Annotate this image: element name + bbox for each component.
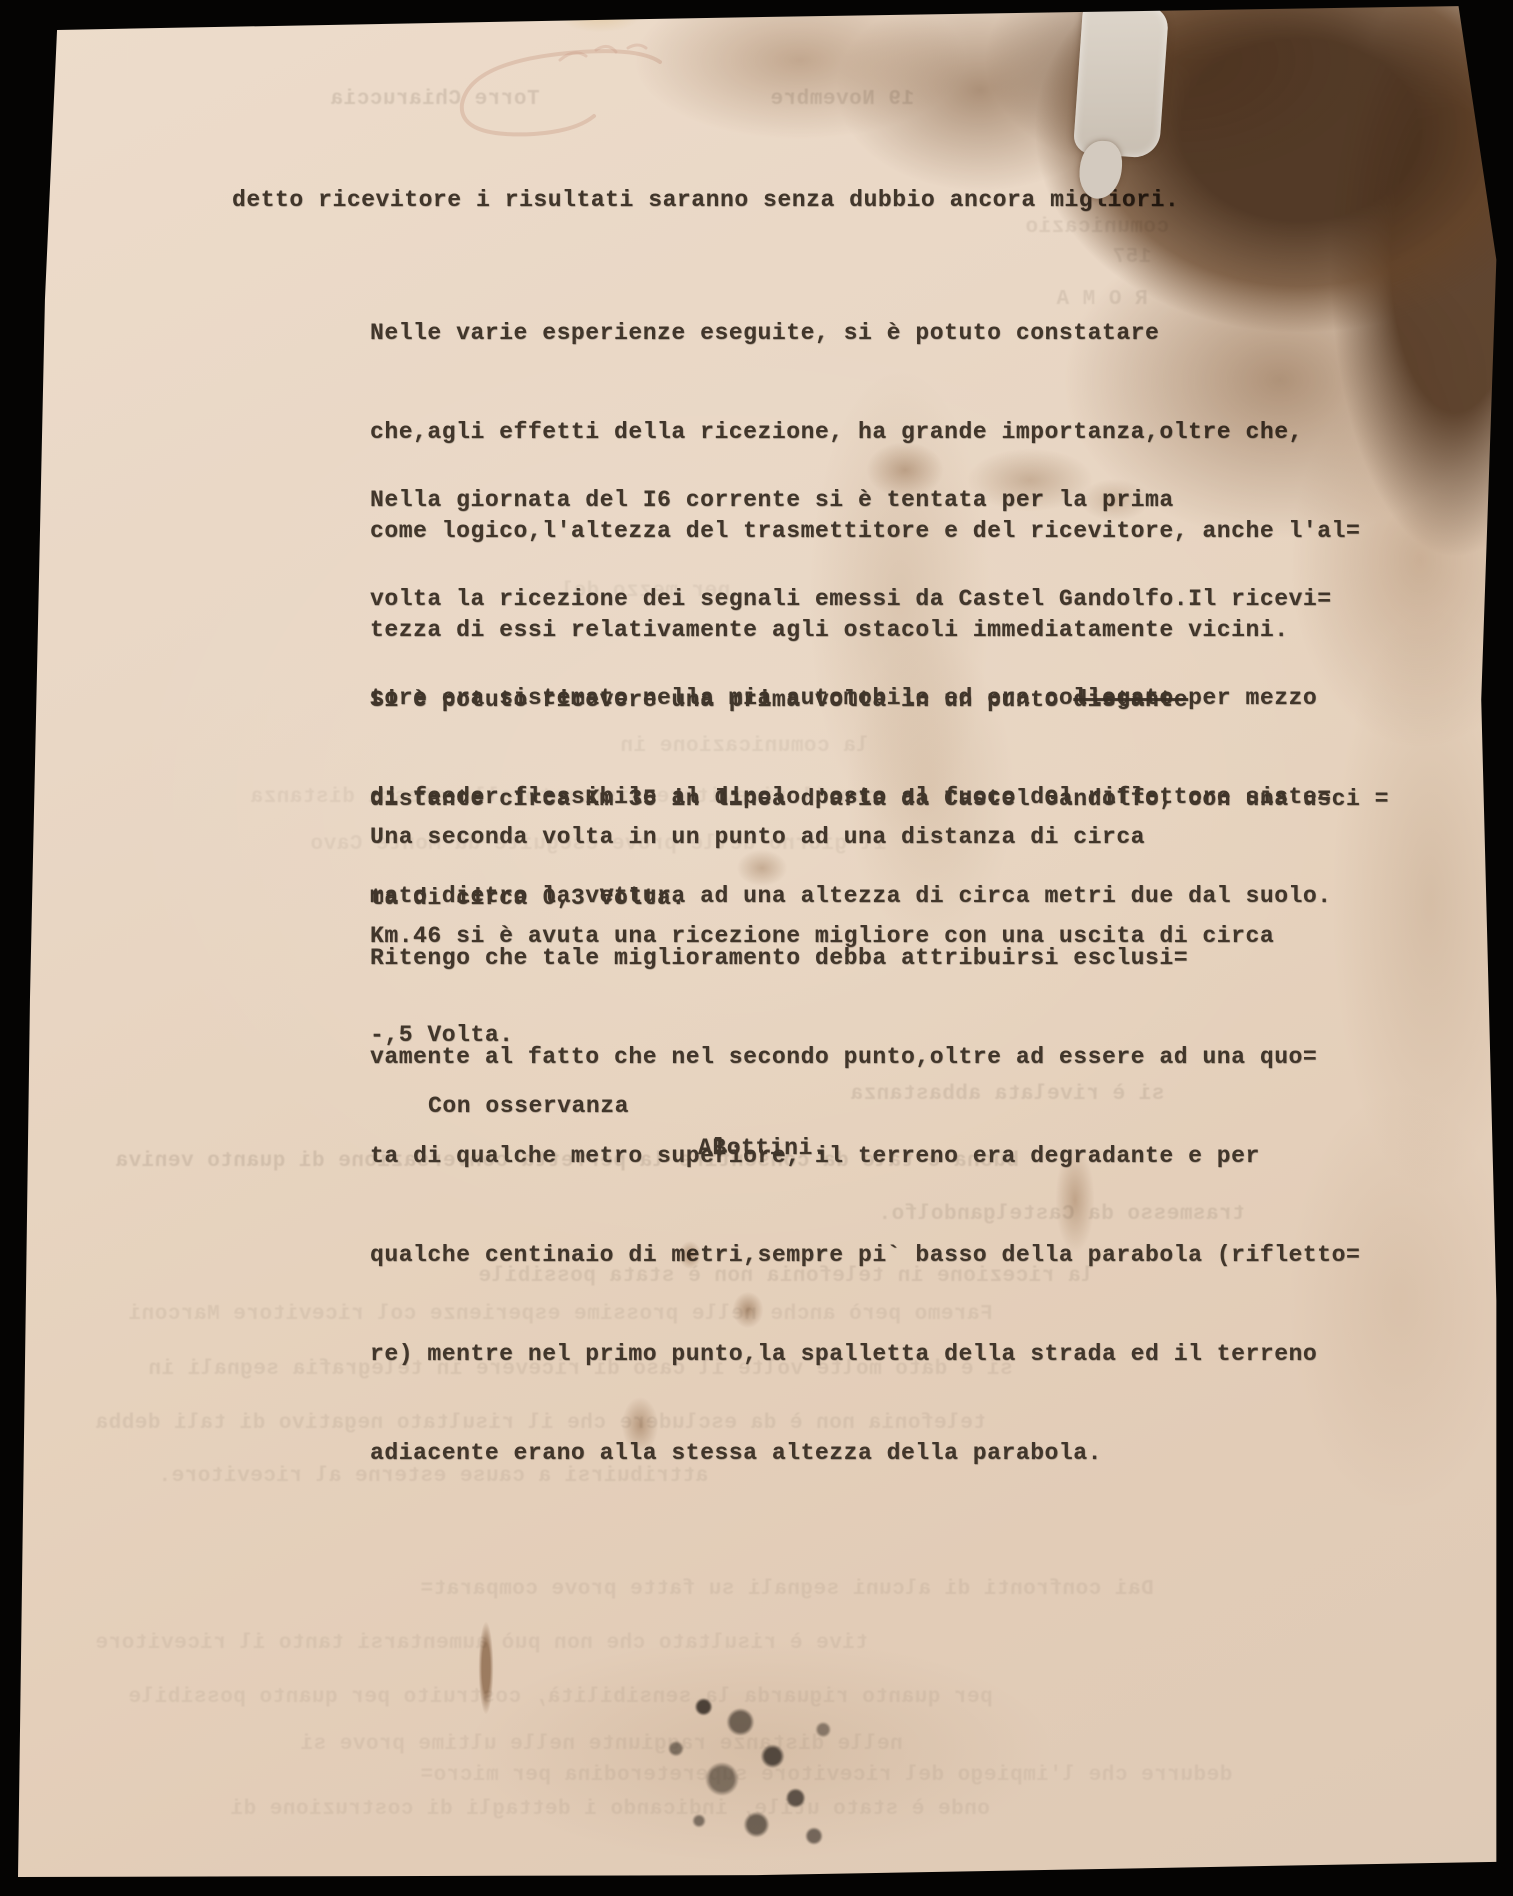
ghost-text-line: tive è risultato che non può aumentarsi … xyxy=(95,1632,868,1655)
paragraph-ritengo: Ritengo che tale miglioramento debba att… xyxy=(232,876,1360,1536)
strikethrough-word: distante xyxy=(1073,687,1188,713)
typed-line: Si è potuto ricevere una prima volta in … xyxy=(232,684,1389,717)
typed-line: vamente al fatto che nel secondo punto,o… xyxy=(232,1041,1360,1074)
torn-white-patch xyxy=(1073,1,1169,159)
typed-line: adiacente erano alla stessa altezza dell… xyxy=(232,1437,1360,1470)
ghost-text-line: nelle distanze raggiunte nelle ultime pr… xyxy=(300,1733,903,1756)
typed-line: Ritengo che tale miglioramento debba att… xyxy=(232,942,1360,975)
ghost-text-line: 19 Novembre xyxy=(770,88,914,111)
ghost-text-line: onde è stato utile, indicando i dettagli… xyxy=(230,1798,990,1821)
typed-line: volta la ricezione dei segnali emessi da… xyxy=(232,583,1332,616)
document-sheet: Torre Chiaruccia 19 Novembre 31 comunica… xyxy=(0,0,1513,1896)
typed-line: detto ricevitore i risultati saranno sen… xyxy=(232,184,1179,217)
scan-background: Torre Chiaruccia 19 Novembre 31 comunica… xyxy=(0,0,1513,1896)
ghost-text-line: Dai confronti di alcuni segnali su fatte… xyxy=(420,1578,1154,1601)
typed-line: Una seconda volta in un punto ad una dis… xyxy=(232,821,1274,854)
ghost-text-line: dedurre che l'impiego del ricevitore sup… xyxy=(420,1764,1232,1787)
signature: AlBottini. xyxy=(698,1132,827,1165)
closing-salutation: Con osservanza xyxy=(428,1090,629,1123)
ghost-text-line: comunicazio xyxy=(1025,216,1169,239)
typed-line: Nelle varie esperienze eseguite, si è po… xyxy=(232,317,1360,350)
typed-line: qualche centinaio di metri,sempre pi` ba… xyxy=(232,1239,1360,1272)
typed-line: re) mentre nel primo punto,la spalletta … xyxy=(232,1338,1360,1371)
signature-overstrike: B xyxy=(712,1132,726,1165)
typed-line: Nella giornata del I6 corrente si è tent… xyxy=(232,484,1332,517)
handwritten-mark xyxy=(410,30,750,140)
ghost-text-line: per quanto riguarda la sensibilità, cost… xyxy=(128,1686,993,1709)
